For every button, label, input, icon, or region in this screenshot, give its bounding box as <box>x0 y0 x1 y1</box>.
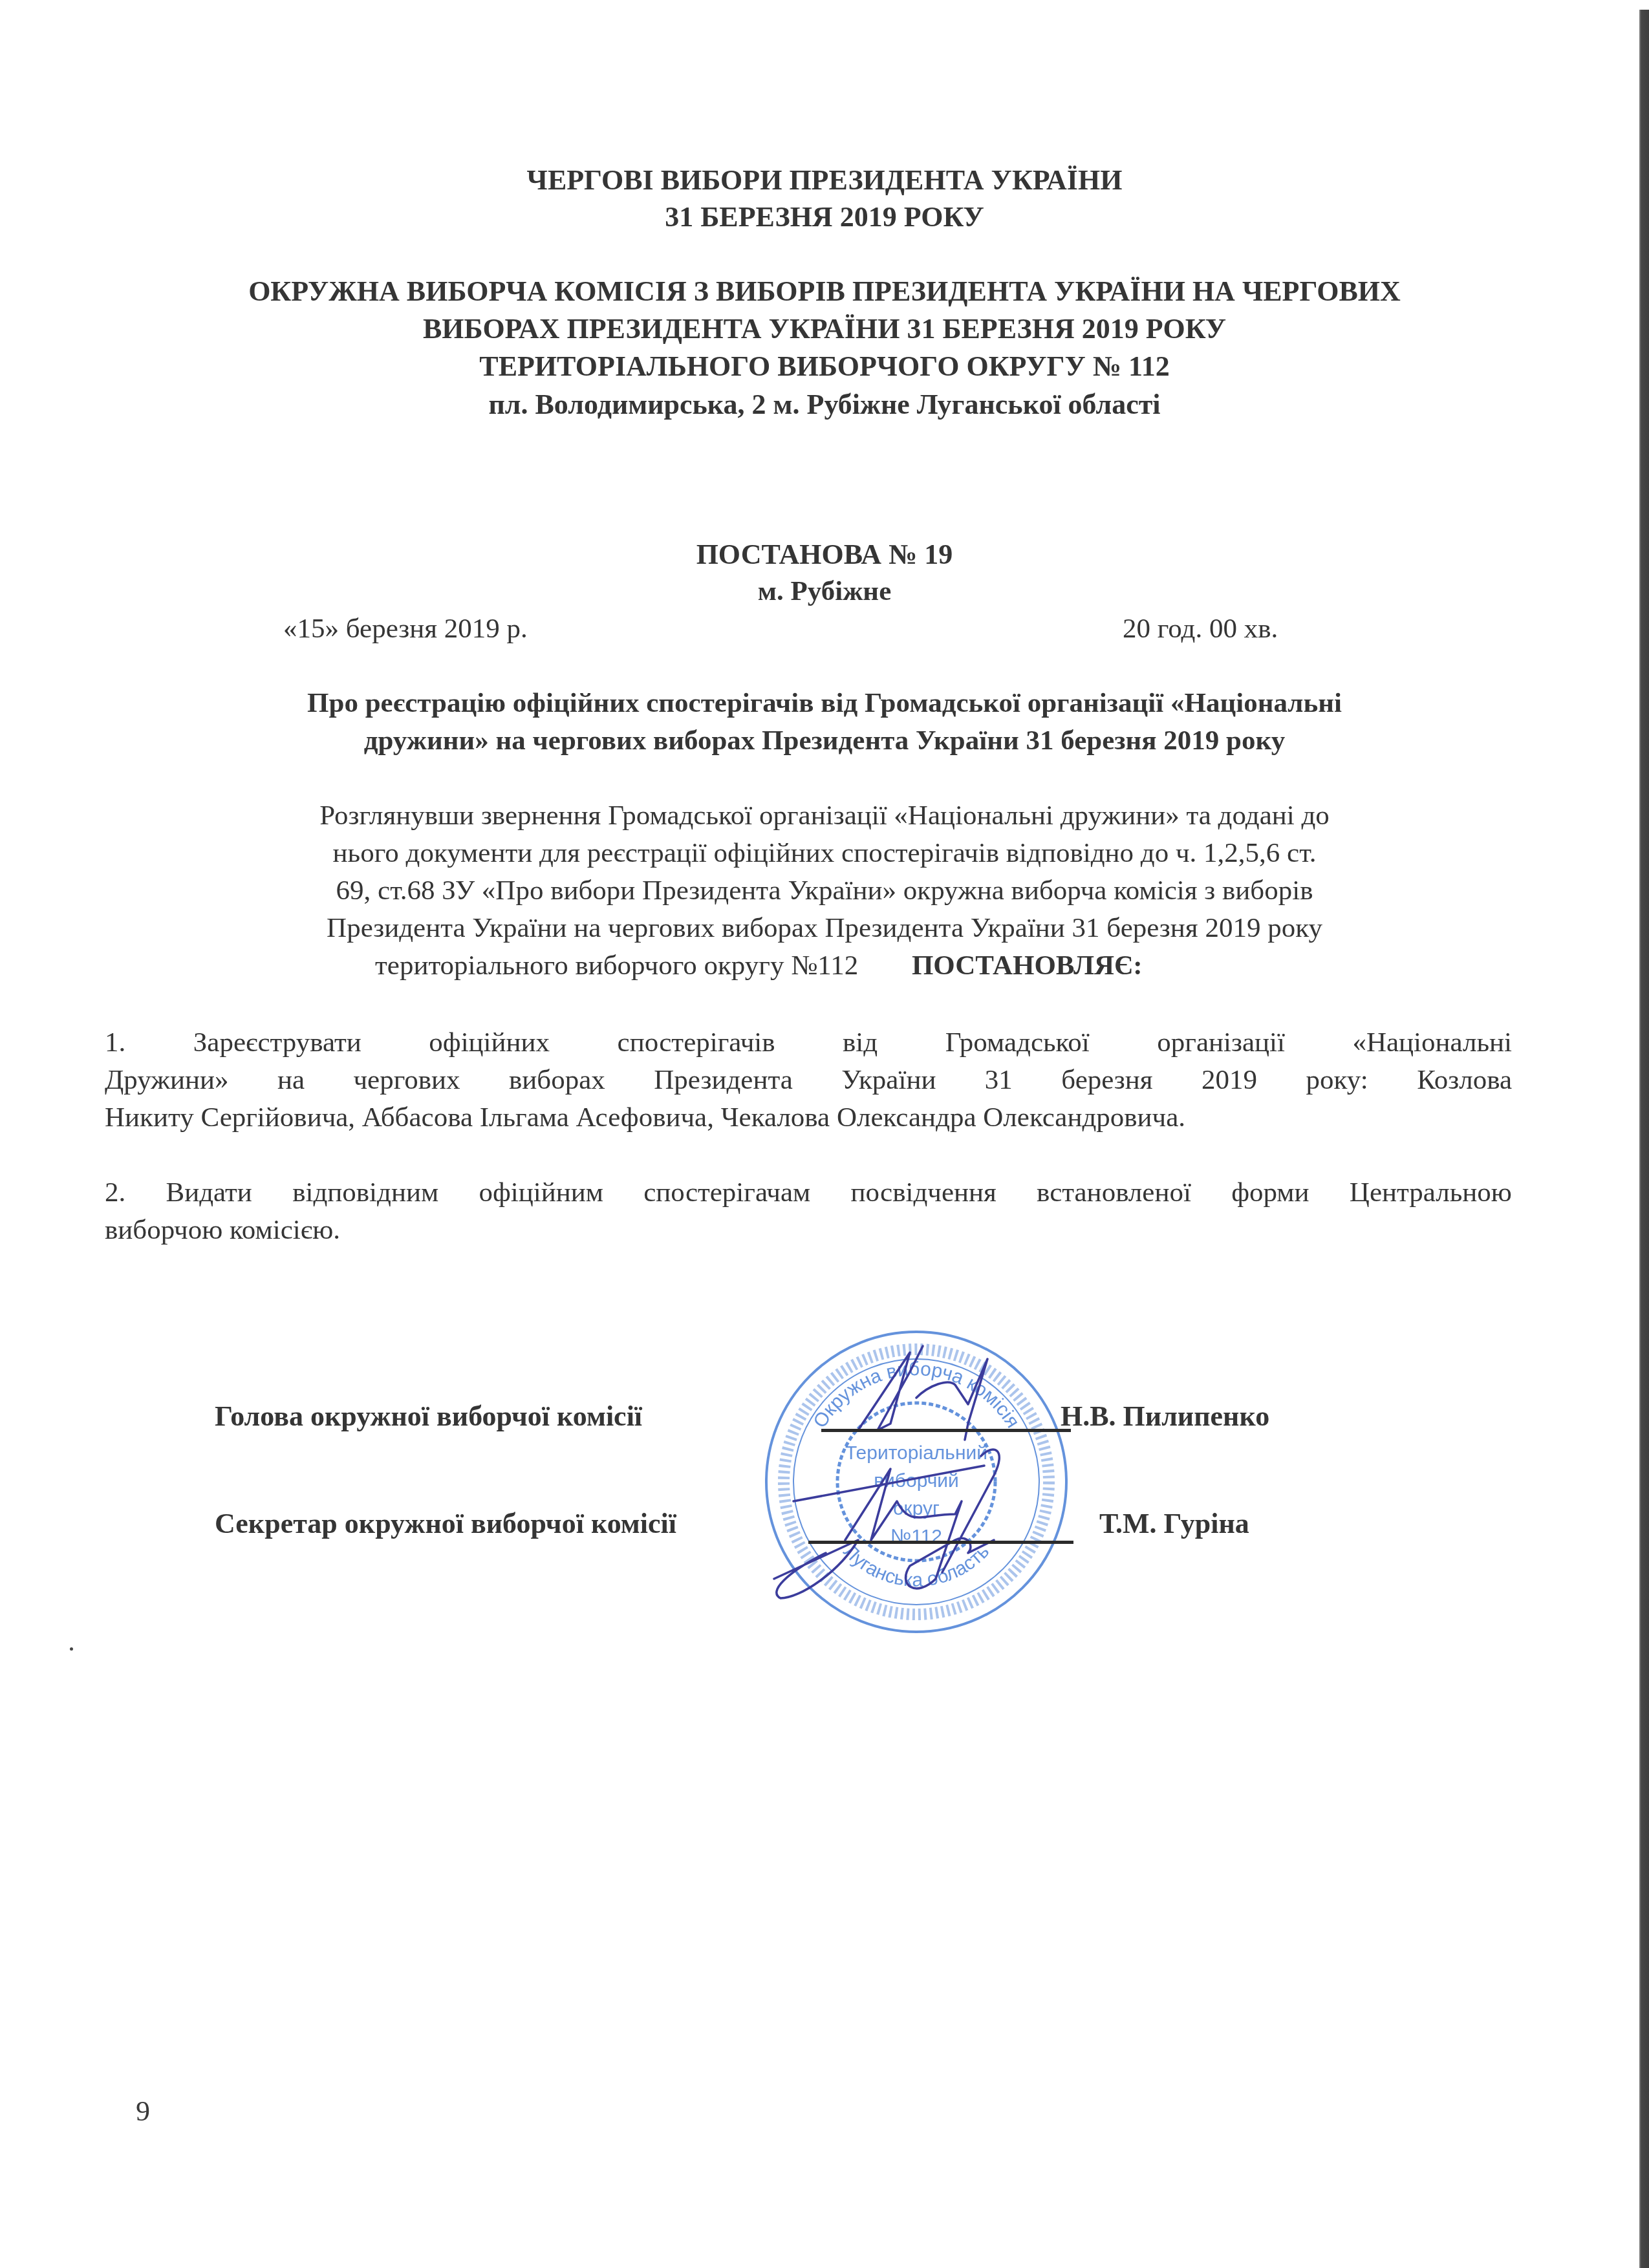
resolution-city: м. Рубіжне <box>0 575 1649 607</box>
election-date: 31 БЕРЕЗНЯ 2019 РОКУ <box>0 200 1649 233</box>
chair-signature-line <box>821 1429 1071 1432</box>
preamble-line-2: нього документи для реєстрації офіційних… <box>0 837 1649 869</box>
election-title: ЧЕРГОВІ ВИБОРИ ПРЕЗИДЕНТА УКРАЇНИ <box>0 164 1649 197</box>
preamble-line-5: територіального виборчого округу №112 ПО… <box>375 950 1142 981</box>
scan-dot <box>70 1647 73 1651</box>
commission-address: пл. Володимирська, 2 м. Рубіжне Луганськ… <box>0 388 1649 421</box>
chair-position: Голова окружної виборчої комісії <box>215 1400 642 1433</box>
subject-line-2: дружини» на чергових виборах Президента … <box>0 725 1649 756</box>
secretary-name: Т.М. Гуріна <box>1099 1507 1249 1540</box>
item-1-line-1: 1. Зареєструвати офіційних спостерігачів… <box>105 1024 1512 1062</box>
svg-text:№112: №112 <box>890 1526 942 1547</box>
page-number: 9 <box>136 2095 150 2128</box>
scan-edge <box>1639 10 1649 2268</box>
item-1: 1. Зареєструвати офіційних спостерігачів… <box>105 1024 1512 1137</box>
chair-name: Н.В. Пилипенко <box>1061 1400 1269 1433</box>
svg-text:Окружна виборча комісія: Окружна виборча комісія <box>809 1358 1024 1432</box>
svg-text:Територіальний: Територіальний <box>845 1442 987 1464</box>
preamble-line-5-text: територіального виборчого округу №112 <box>375 950 858 981</box>
preamble-line-4: Президента України на чергових виборах П… <box>0 912 1649 944</box>
resolution-time: 20 год. 00 хв. <box>1123 613 1278 645</box>
item-1-line-2: Дружини» на чергових виборах Президента … <box>105 1062 1512 1099</box>
official-stamp-icon: Окружна виборча комісія Луганська област… <box>761 1327 1072 1637</box>
commission-line-2: ВИБОРАХ ПРЕЗИДЕНТА УКРАЇНИ 31 БЕРЕЗНЯ 20… <box>0 312 1649 345</box>
secretary-signature-line <box>808 1541 1073 1544</box>
item-2-line-2: виборчою комісією. <box>105 1212 1512 1249</box>
resolution-title: ПОСТАНОВА № 19 <box>0 538 1649 571</box>
resolution-date: «15» березня 2019 р. <box>283 613 528 645</box>
secretary-position: Секретар окружної виборчої комісії <box>215 1507 676 1540</box>
subject-line-1: Про реєстрацію офіційних спостерігачів в… <box>0 687 1649 719</box>
commission-line-1: ОКРУЖНА ВИБОРЧА КОМІСІЯ З ВИБОРІВ ПРЕЗИД… <box>0 275 1649 308</box>
commission-line-3: ТЕРИТОРІАЛЬНОГО ВИБОРЧОГО ОКРУГУ № 112 <box>0 350 1649 383</box>
item-2-line-1: 2. Видати відповідним офіційним спостері… <box>105 1174 1512 1212</box>
preamble-line-1: Розглянувши звернення Громадської органі… <box>0 800 1649 831</box>
preamble-line-3: 69, ст.68 ЗУ «Про вибори Президента Укра… <box>0 875 1649 906</box>
item-1-line-3: Никиту Сергійовича, Аббасова Ільгама Асе… <box>105 1099 1512 1137</box>
decree-word: ПОСТАНОВЛЯЄ: <box>912 950 1143 981</box>
item-2: 2. Видати відповідним офіційним спостері… <box>105 1174 1512 1249</box>
